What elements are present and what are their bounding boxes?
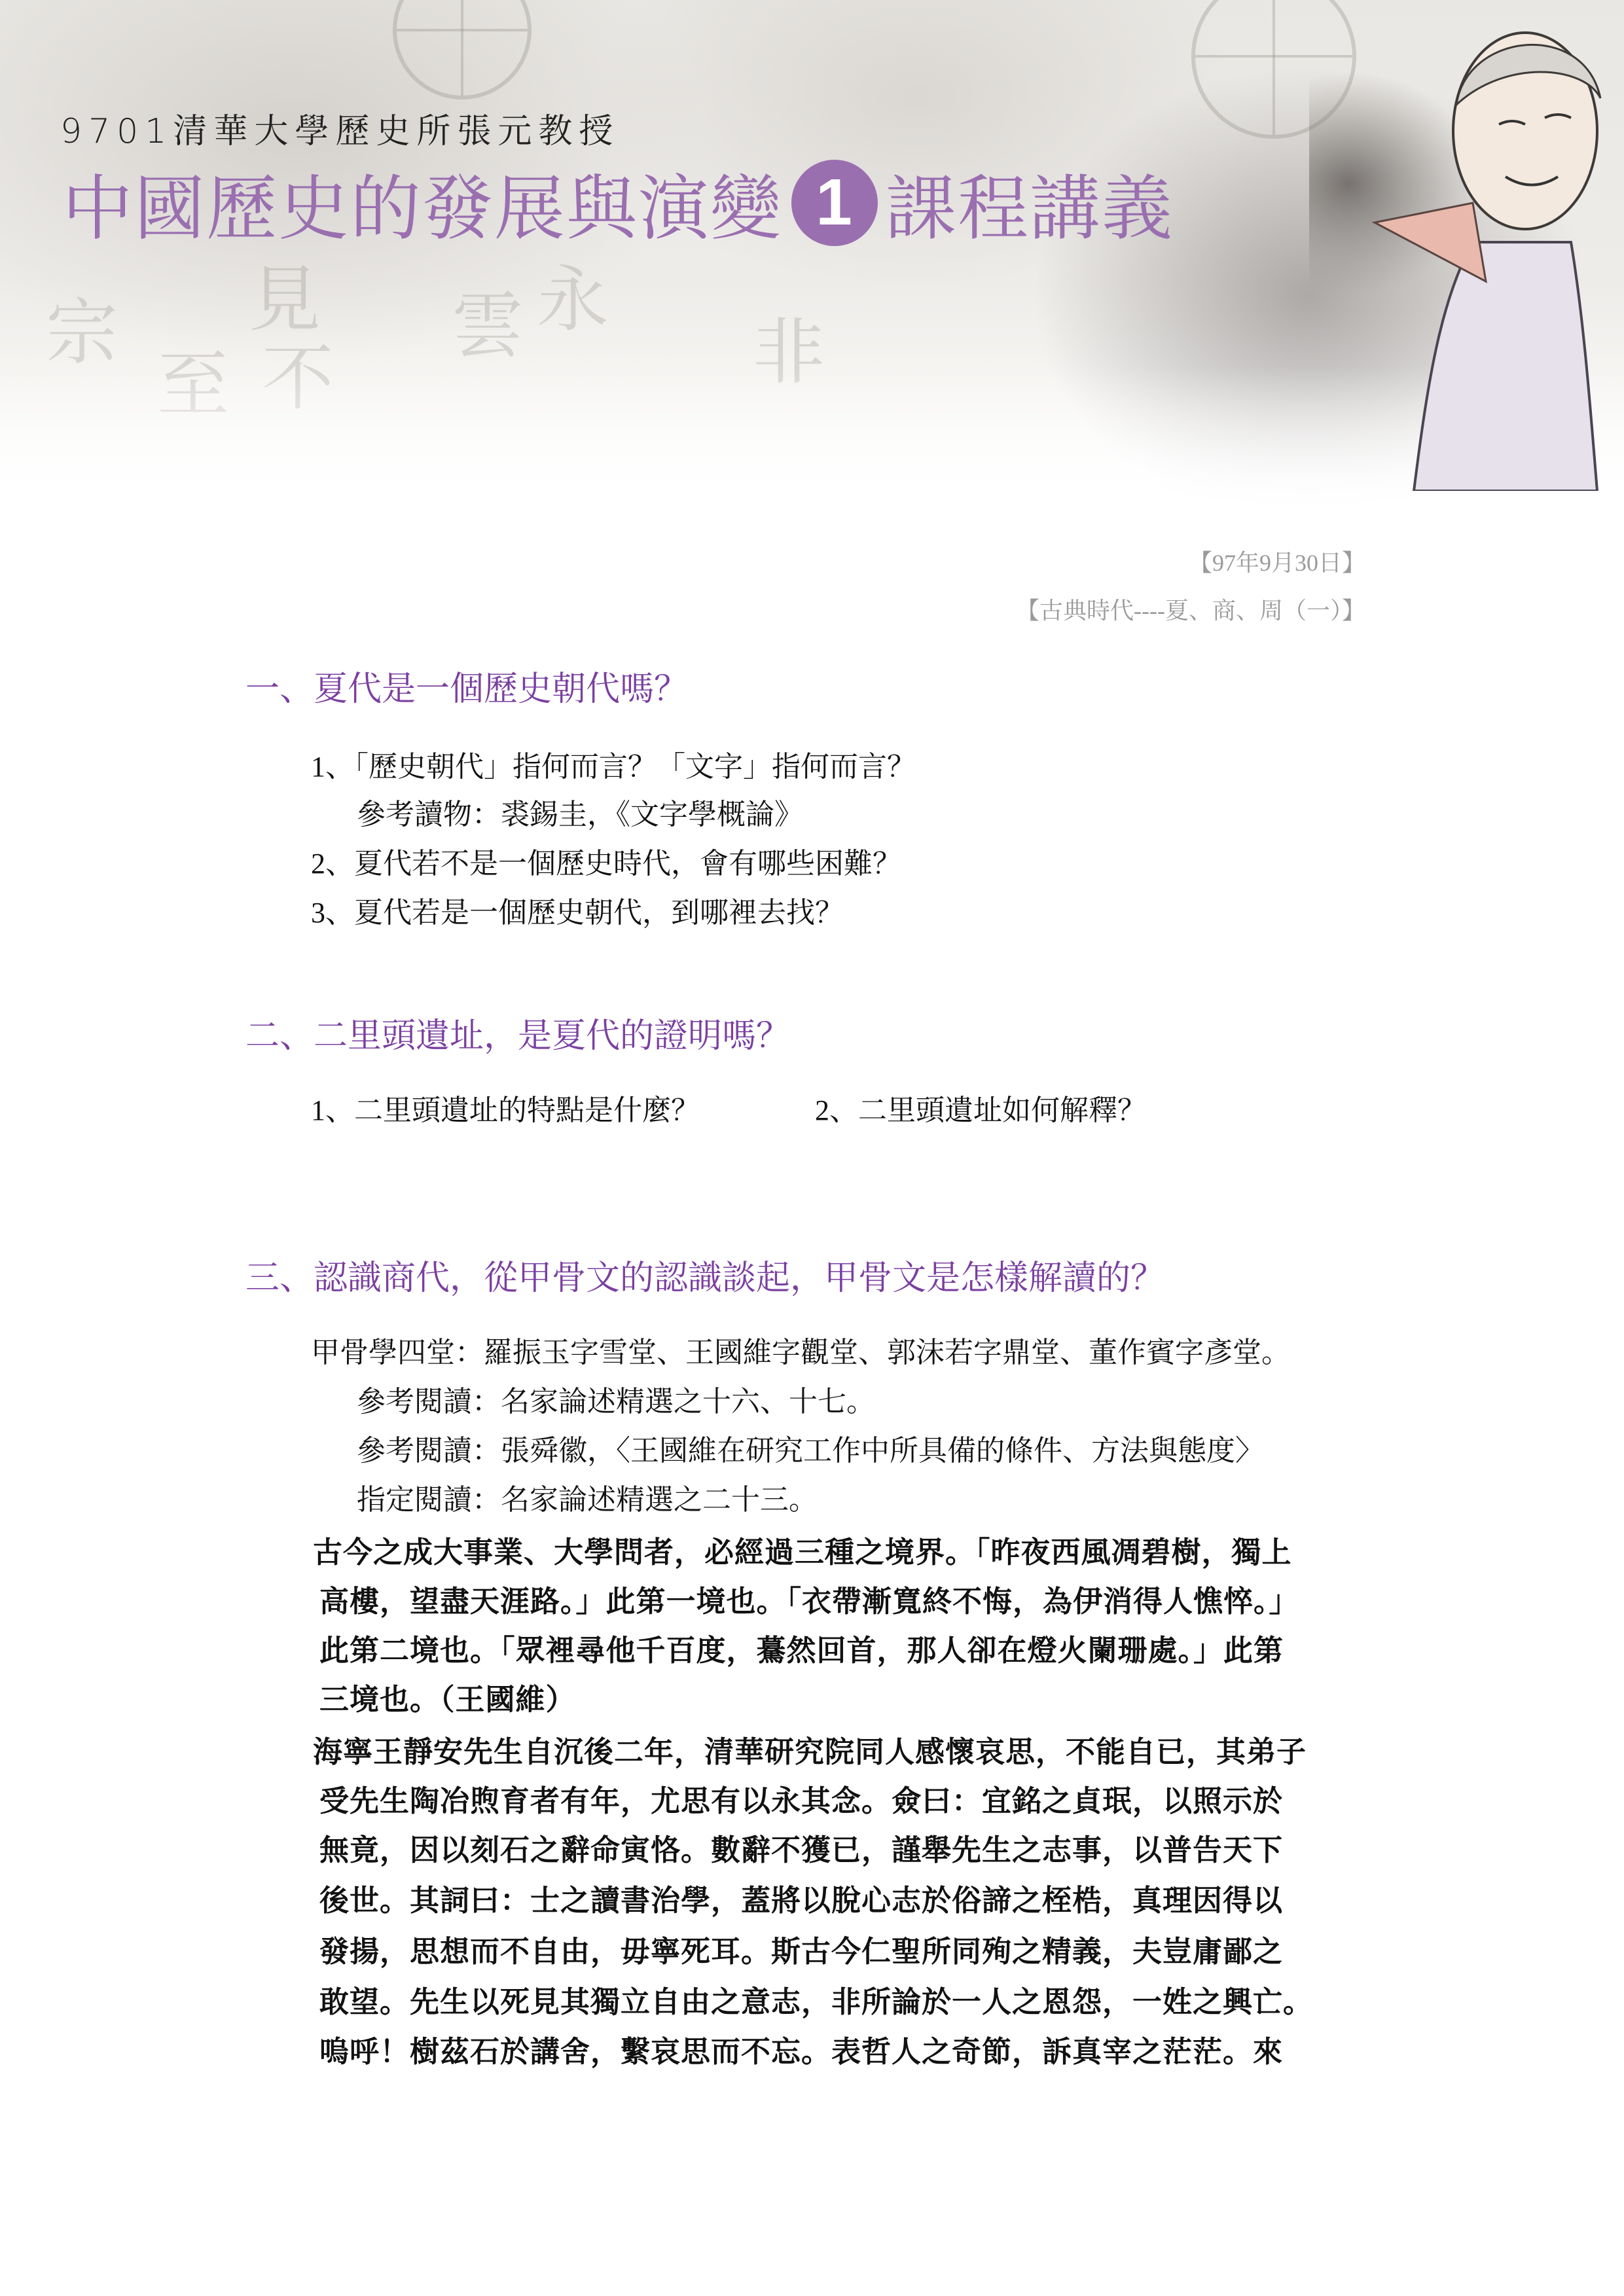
section-3-reference-1: 參考閱讀：名家論述精選之十六、十七。 [357,1378,875,1420]
background-calligraphy: 雲 [452,268,524,372]
title-suffix: 課程講義 [886,152,1174,253]
background-calligraphy: 宗 [46,275,118,378]
inscription-line: 後世。其詞曰：士之讀書治學，蓋將以脫心志於俗諦之桎梏，真理因得以 [319,1876,1283,1919]
inscription-line: 海寧王靜安先生自沉後二年，清華研究院同人感懷哀思，不能自已，其弟子 [313,1728,1307,1770]
inscription-line: 無竟，因以刻石之辭命寅恪。數辭不獲已，謹舉先生之志事，以普告天下 [319,1826,1283,1869]
professor-caricature-illustration [1309,7,1624,491]
title-text: 中國歷史的發展與演變 [62,152,782,253]
quote-wang-guowei-line: 古今之成大事業、大學問者，必經過三種之境界。「昨夜西風凋碧樹，獨上 [313,1528,1292,1571]
section-1-item-1: 1、「歷史朝代」指何而言？「文字」指何而言？ [311,743,916,785]
section-heading-2: 二、二里頭遺址，是夏代的證明嗎？ [245,1008,790,1057]
section-1-item-2: 2、夏代若不是一個歷史時代，會有哪些困難？ [311,840,901,882]
course-subtitle: 9701清華大學歷史所張元教授 [60,103,619,152]
section-3-four-tang: 甲骨學四堂：羅振玉字雪堂、王國維字觀堂、郭沫若字鼎堂、董作賓字彥堂。 [311,1329,1290,1371]
lecture-date: 【97年9月30日】 [1189,545,1365,578]
wheel-sketch-icon [393,0,532,99]
inscription-line: 嗚呼！樹茲石於講舍，繫哀思而不忘。表哲人之奇節，訴真宰之茫茫。來 [319,2028,1283,2070]
section-2-item-2: 2、二里頭遺址如何解釋？ [815,1086,1146,1128]
section-3-reference-2: 參考閱讀：張舜徽，〈王國維在研究工作中所具備的條件、方法與態度〉 [357,1427,1264,1469]
section-heading-3: 三、認識商代，從甲骨文的認識談起，甲骨文是怎樣解讀的？ [245,1250,1164,1299]
section-2-item-1: 1、二里頭遺址的特點是什麼？ [311,1086,700,1128]
inscription-line: 敢望。先生以死見其獨立自由之意志，非所論於一人之恩怨，一姓之興亡。 [319,1978,1313,2020]
quote-wang-guowei-line: 高樓，望盡天涯路。」此第一境也。「衣帶漸寬終不悔，為伊消得人憔悴。」 [319,1577,1299,1620]
inscription-line: 發揚，思想而不自由，毋寧死耳。斯古今仁聖所同殉之精義，夫豈庸鄙之 [319,1928,1283,1970]
section-1-item-3: 3、夏代若是一個歷史朝代，到哪裡去找？ [311,889,844,931]
header-banner: 宗 至 見 不 雲 永 非 9701清華大學歷史所張元教授 中國歷史的發展與演變… [0,0,1624,511]
background-calligraphy: 永 [537,242,609,346]
section-3-assigned-reading: 指定閱讀：名家論述精選之二十三。 [357,1476,818,1518]
section-heading-1: 一、夏代是一個歷史朝代嗎？ [245,661,688,710]
lecture-number-badge: 1 [791,160,878,246]
page-title: 中國歷史的發展與演變 1 課程講義 [62,152,1174,253]
quote-wang-guowei-line: 此第二境也。「眾裡尋他千百度，驀然回首，那人卻在燈火闌珊處。」此第 [319,1626,1284,1669]
lecture-era: 【古典時代----夏、商、周（一）】 [1016,592,1365,626]
quote-wang-guowei-line: 三境也。（王國維） [319,1676,576,1718]
section-1-reference: 參考讀物：裘錫圭，《文字學概論》 [357,791,803,833]
inscription-line: 受先生陶冶煦育者有年，尤思有以永其念。僉曰：宜銘之貞珉，以照示於 [319,1777,1283,1820]
